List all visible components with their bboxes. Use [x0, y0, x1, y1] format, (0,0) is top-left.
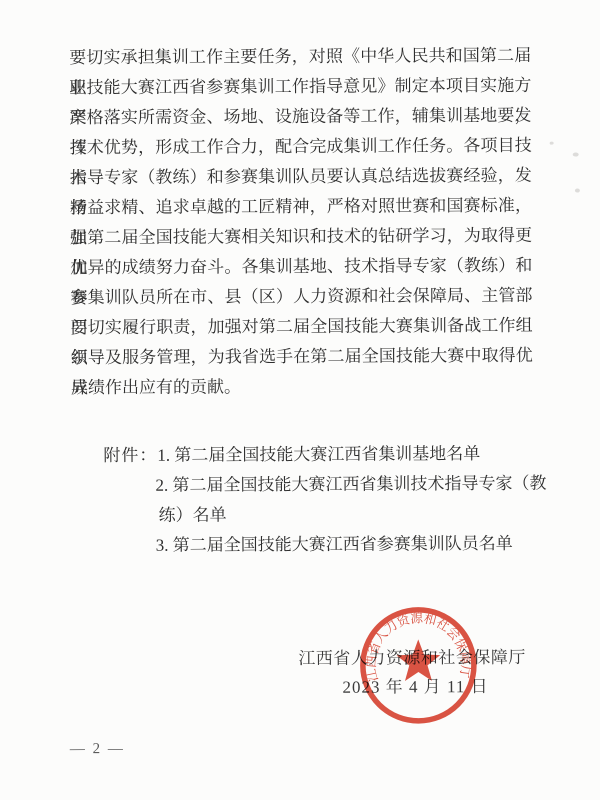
body-paragraph: 要切实承担集训工作主要任务，对照《中华人民共和国第二届职 业技能大赛江西省参赛集…	[69, 41, 533, 403]
page-number: — 2 —	[70, 741, 125, 758]
body-line: 要切实承担集训工作主要任务，对照《中华人民共和国第二届职	[69, 41, 531, 73]
attachment-item-2-continued: 练）名单	[159, 505, 227, 524]
body-line: 精益求精、追求卓越的工匠精神，严格对照世赛和国赛标准，加	[70, 191, 532, 223]
attachment-item-2: 2. 第二届全国技能大赛江西省集训技术指导专家（教	[155, 474, 546, 495]
attachments-label: 附件：	[103, 446, 157, 465]
attachments-list: 附件：1. 第二届全国技能大赛江西省集训基地名单 2. 第二届全国技能大赛江西省…	[0, 438, 600, 561]
body-line: 指导专家（教练）和参赛集训队员要认真总结选拔赛经验，发扬	[70, 161, 532, 193]
attachment-item-1: 1. 第二届全国技能大赛江西省集训基地名单	[157, 444, 480, 465]
issue-date: 2023 年 4 月 11 日	[342, 672, 488, 698]
attachment-item-3: 3. 第二届全国技能大赛江西省参赛集训队员名单	[156, 534, 513, 555]
body-line: 领导及服务管理，为我省选手在第二届全国技能大赛中取得优异	[71, 341, 533, 373]
scanned-document-page: 要切实承担集训工作主要任务，对照《中华人民共和国第二届职 业技能大赛江西省参赛集…	[0, 0, 600, 800]
body-line: 成绩作出应有的贡献。	[71, 371, 533, 403]
body-line: 技术优势，形成工作合力，配合完成集训工作任务。各项目技术	[70, 131, 532, 163]
scan-artifact	[573, 153, 579, 157]
attachment-line: 2. 第二届全国技能大赛江西省集训技术指导专家（教	[0, 468, 600, 501]
scan-artifact	[550, 142, 554, 145]
body-line: 严格落实所需资金、场地、设施设备等工作，辅集训基地要发挥	[69, 101, 531, 133]
attachment-line: 练）名单	[1, 498, 600, 531]
attachment-line: 3. 第二届全国技能大赛江西省参赛集训队员名单	[1, 528, 600, 561]
document-content: 要切实承担集训工作主要任务，对照《中华人民共和国第二届职 业技能大赛江西省参赛集…	[0, 0, 600, 800]
scan-artifact	[575, 189, 580, 193]
body-line: 业技能大赛江西省参赛集训工作指导意见》制定本项目实施方案，	[69, 71, 531, 103]
attachment-line: 附件：1. 第二届全国技能大赛江西省集训基地名单	[0, 438, 600, 471]
issuing-organization: 江西省人力资源和社会保障厅	[298, 643, 526, 669]
body-line: 优异的成绩努力奋斗。各集训基地、技术指导专家（教练）和参	[70, 251, 532, 283]
body-line: 强第二届全国技能大赛相关知识和技术的钻研学习，为取得更加	[70, 221, 532, 253]
body-line: 赛集训队员所在市、县（区）人力资源和社会保障局、主管部门	[70, 281, 532, 313]
body-line: 要切实履行职责，加强对第二届全国技能大赛集训备战工作组织	[71, 311, 533, 343]
